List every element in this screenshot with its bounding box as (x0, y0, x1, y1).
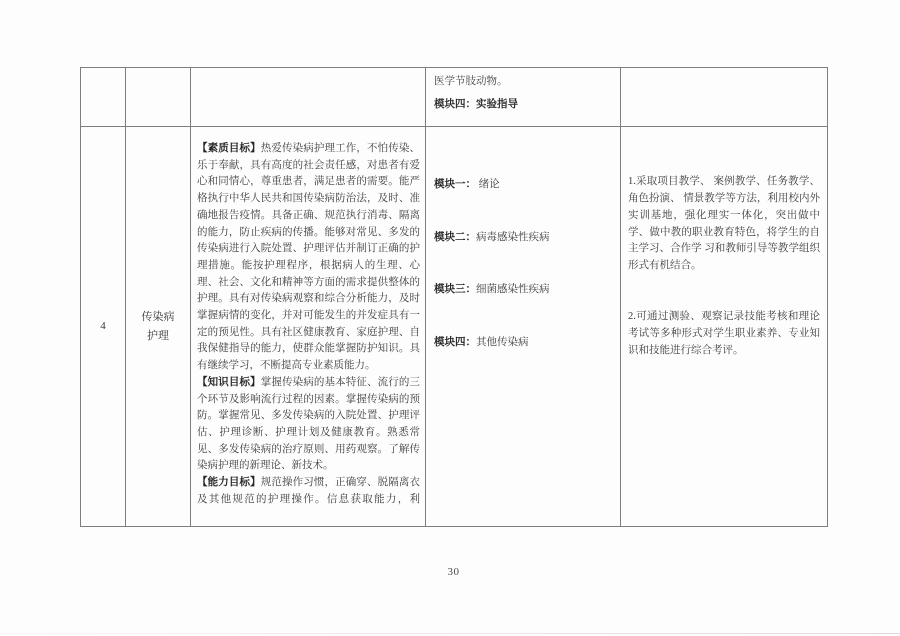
knowledge-goal-text: 掌握传染病的基本特征、流行的三个环节及影响流行过程的因素。掌握传染病的预防。掌握… (197, 377, 420, 472)
prev-row-methods-cell (621, 68, 828, 127)
module-4-line: 模块四：其他传染病 (434, 334, 614, 352)
quality-goal-paragraph: 【素质目标】热爱传染病护理工作，不怕传染、乐于奉献，具有高度的社会责任感，对患者… (197, 141, 420, 375)
page-number: 30 (0, 566, 900, 578)
prev-row-number-cell (81, 68, 126, 127)
module-3-label: 模块三： (434, 284, 476, 295)
method-item-2: 2.可通过测验、观察记录技能考核和理论考试等多种形式对学生职业素养、专业知识和技… (628, 309, 820, 360)
module-2-label: 模块二： (434, 232, 476, 243)
ability-goal-label: 【能力目标】 (197, 477, 261, 488)
method-item-1: 1.采取项目教学、 案例教学、任务教学、角色扮演、 情景教学等方法，利用校内外实… (628, 174, 820, 275)
course-name-line1: 传染病 (142, 308, 175, 327)
module-4-text: 其他传染病 (476, 337, 529, 348)
module-4-label: 模块四： (434, 337, 476, 348)
modules-cell: 模块一： 绪论 模块二：病毒感染性疾病 模块三：细菌感染性疾病 模块四：其他传染… (426, 127, 621, 527)
quality-goal-label: 【素质目标】 (197, 143, 261, 154)
methods-cell: 1.采取项目教学、 案例教学、任务教学、角色扮演、 情景教学等方法，利用校内外实… (621, 127, 828, 527)
prev-row-goals-cell (191, 68, 426, 127)
knowledge-goal-paragraph: 【知识目标】掌握传染病的基本特征、流行的三个环节及影响流行过程的因素。掌握传染病… (197, 375, 420, 475)
row-number-cell: 4 (81, 127, 126, 527)
goals-cell: 【素质目标】热爱传染病护理工作，不怕传染、乐于奉献，具有高度的社会责任感，对患者… (191, 127, 426, 527)
module-2-text: 病毒感染性疾病 (476, 232, 550, 243)
ability-goal-paragraph: 【能力目标】规范操作习惯，正确穿、脱隔离衣及其他规范的护理操作。信息获取能力，利 (197, 475, 420, 508)
row-number: 4 (100, 317, 106, 336)
curriculum-table: 医学节肢动物。 模块四：实验指导 4 传染病 护理 【素质目标】热爱传染病护理工… (80, 67, 828, 527)
module-1-text: 绪论 (476, 179, 500, 190)
course-name-cell: 传染病 护理 (126, 127, 191, 527)
knowledge-goal-label: 【知识目标】 (197, 377, 261, 388)
document-page: 医学节肢动物。 模块四：实验指导 4 传染病 护理 【素质目标】热爱传染病护理工… (0, 0, 900, 636)
course-name-line2: 护理 (147, 327, 169, 346)
prev-row-modules-tail: 医学节肢动物。 (434, 70, 612, 93)
prev-row-modules-cell: 医学节肢动物。 模块四：实验指导 (426, 68, 621, 127)
module-1-label: 模块一： (434, 179, 476, 190)
module-3-line: 模块三：细菌感染性疾病 (434, 281, 614, 299)
module-1-line: 模块一： 绪论 (434, 176, 614, 194)
prev-row-module4-label: 模块四：实验指导 (434, 93, 612, 116)
page-edge-shadow (0, 633, 900, 634)
module-3-text: 细菌感染性疾病 (476, 284, 550, 295)
quality-goal-text: 热爱传染病护理工作，不怕传染、乐于奉献，具有高度的社会责任感，对患者有爱心和同情… (197, 143, 420, 371)
prev-row-course-cell (126, 68, 191, 127)
module-2-line: 模块二：病毒感染性疾病 (434, 229, 614, 247)
